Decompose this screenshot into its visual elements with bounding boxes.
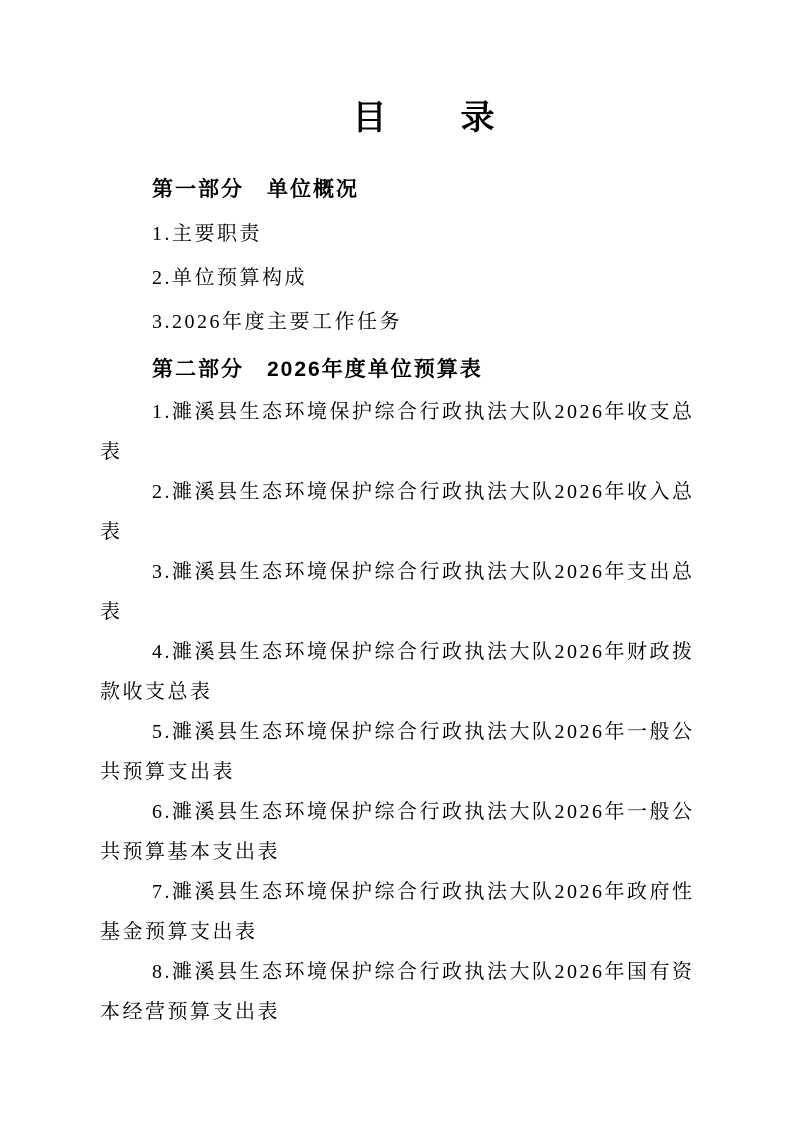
toc-item: 1.主要职责 [100,212,699,256]
section-1-list: 1.主要职责 2.单位预算构成 3.2026年度主要工作任务 [100,212,699,344]
toc-item: 6.濉溪县生态环境保护综合行政执法大队2026年一般公共预算基本支出表 [100,792,699,872]
section-2-heading: 第二部分 2026年度单位预算表 [100,356,699,384]
toc-item: 7.濉溪县生态环境保护综合行政执法大队2026年政府性基金预算支出表 [100,872,699,952]
toc-item: 5.濉溪县生态环境保护综合行政执法大队2026年一般公共预算支出表 [100,712,699,792]
toc-item: 4.濉溪县生态环境保护综合行政执法大队2026年财政拨款收支总表 [100,632,699,712]
toc-item: 3.濉溪县生态环境保护综合行政执法大队2026年支出总表 [100,552,699,632]
toc-item: 1.濉溪县生态环境保护综合行政执法大队2026年收支总表 [100,392,699,472]
toc-content: 第一部分 单位概况 1.主要职责 2.单位预算构成 3.2026年度主要工作任务… [100,176,699,1032]
toc-item: 2.濉溪县生态环境保护综合行政执法大队2026年收入总表 [100,472,699,552]
toc-item: 2.单位预算构成 [100,256,699,300]
toc-item: 3.2026年度主要工作任务 [100,300,699,344]
section-2-list: 1.濉溪县生态环境保护综合行政执法大队2026年收支总表 2.濉溪县生态环境保护… [100,392,699,1032]
page-title: 目 录 [0,0,793,140]
section-1-heading: 第一部分 单位概况 [100,176,699,204]
document-page: 目 录 第一部分 单位概况 1.主要职责 2.单位预算构成 3.2026年度主要… [0,0,793,1122]
toc-item: 8.濉溪县生态环境保护综合行政执法大队2026年国有资本经营预算支出表 [100,952,699,1032]
